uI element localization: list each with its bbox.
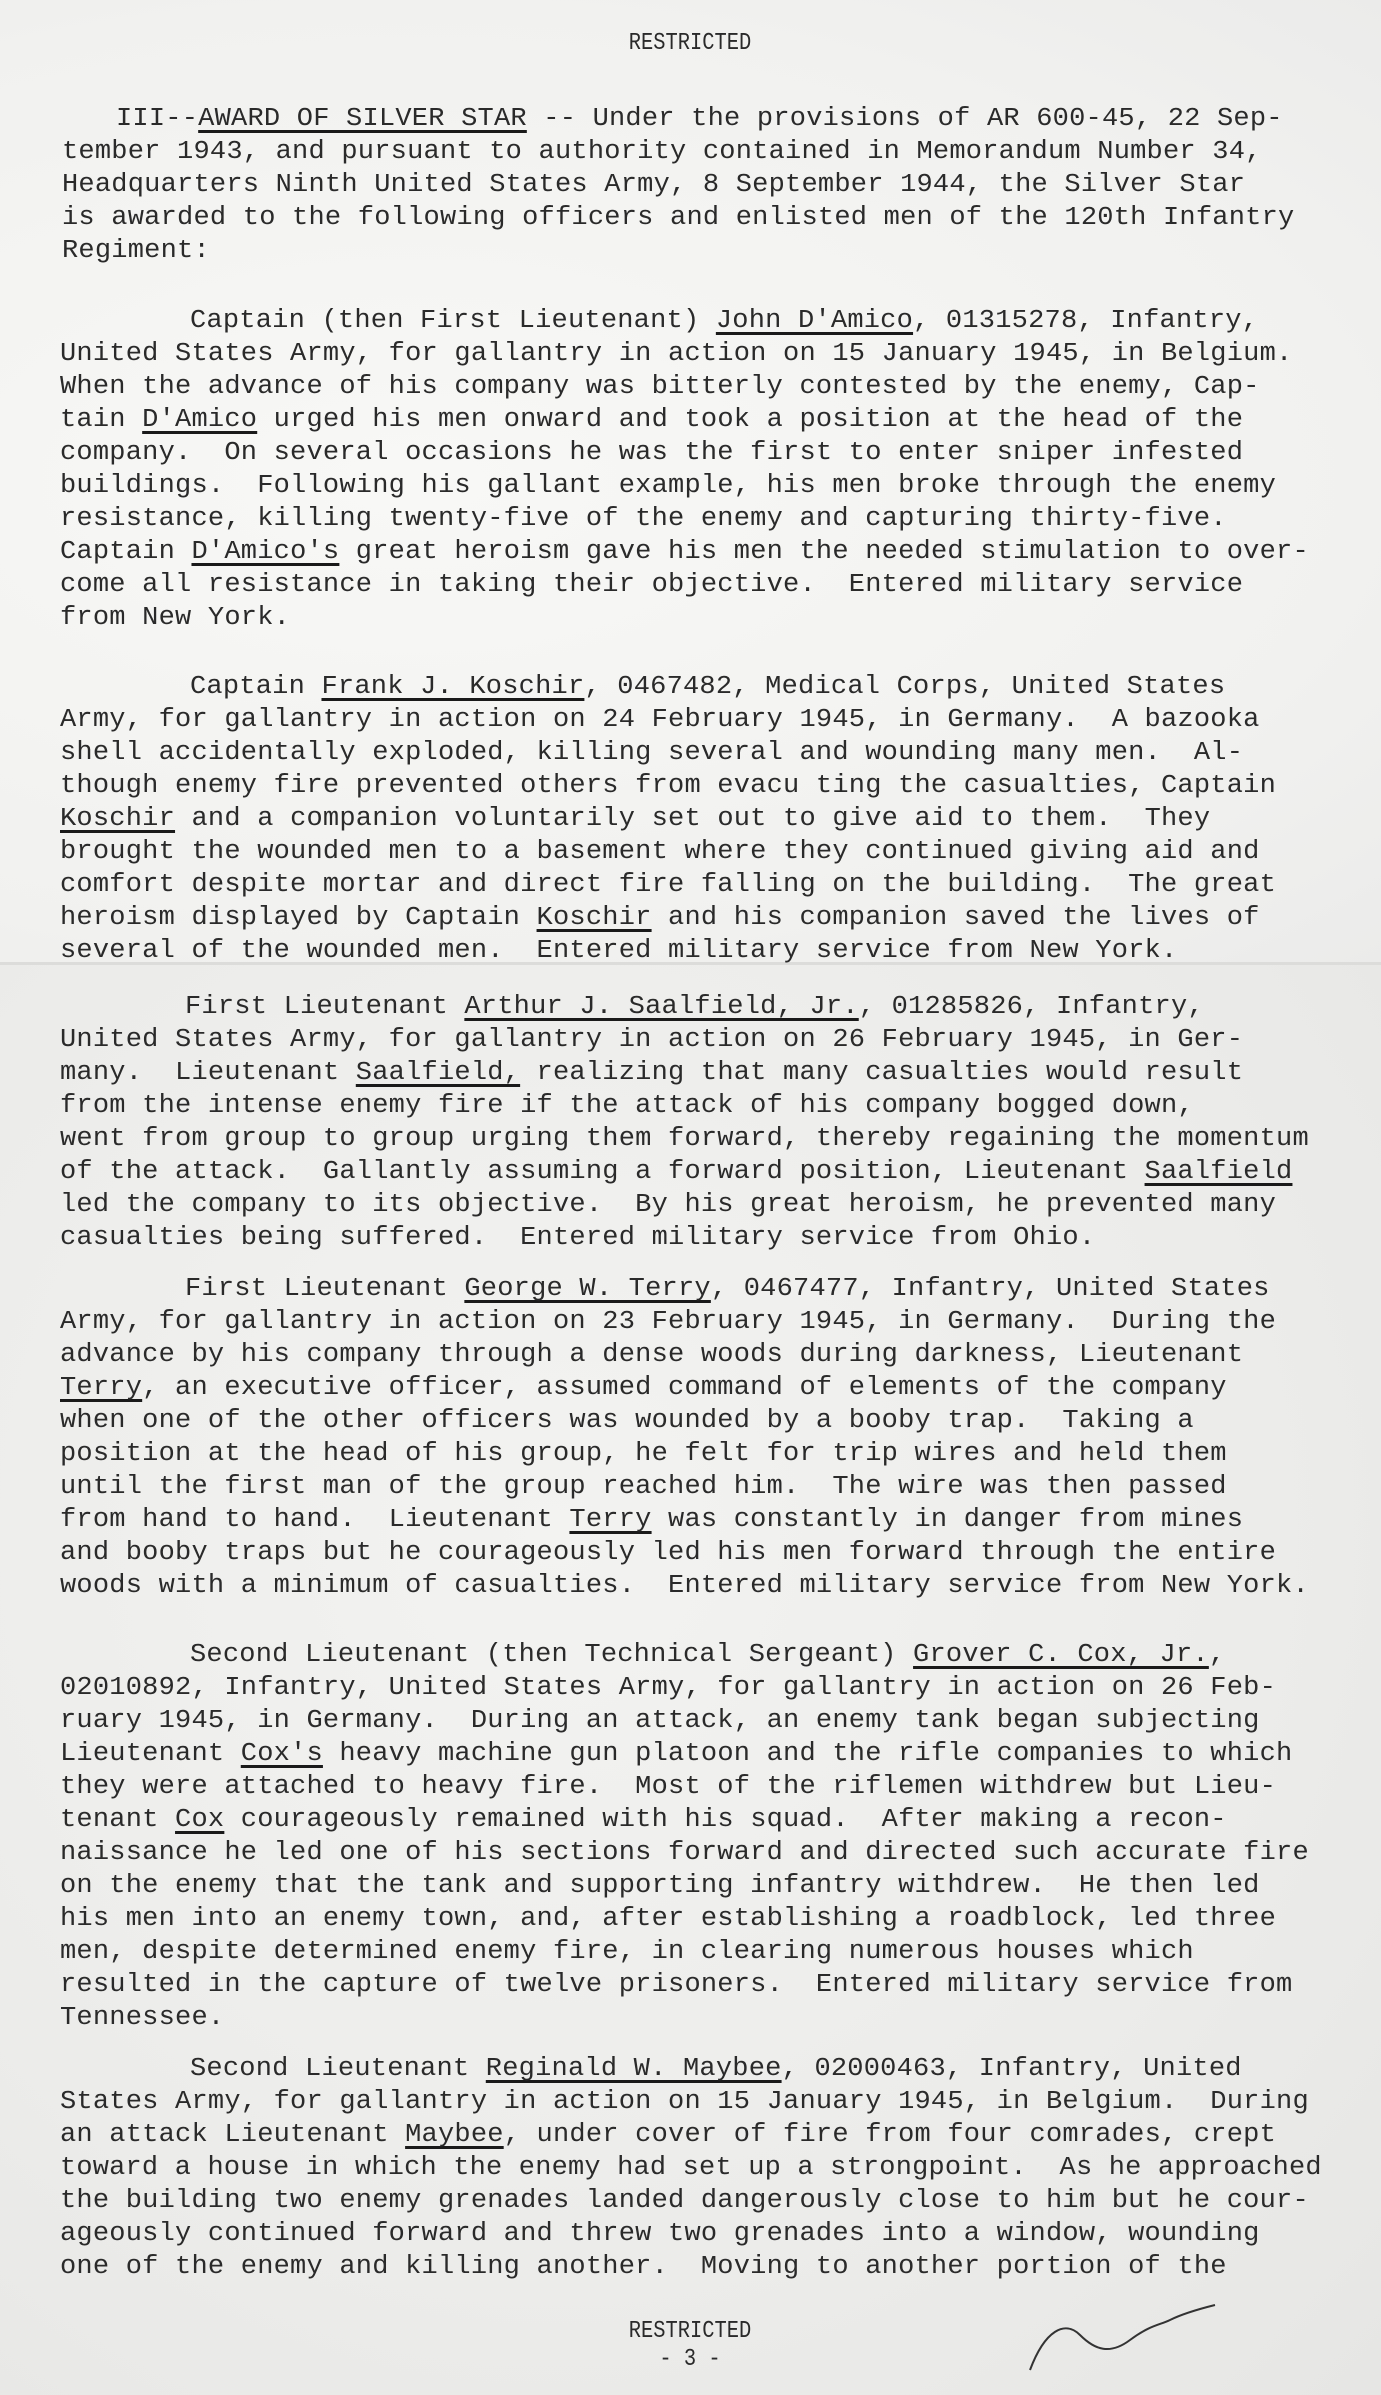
- text-run: tember 1943, and pursuant to authority c…: [62, 137, 1262, 166]
- text-run: Second Lieutenant: [190, 2054, 486, 2083]
- text-run: comfort despite mortar and direct fire f…: [60, 870, 1276, 899]
- citation-line: heroism displayed by Captain Koschir and…: [60, 903, 1260, 933]
- text-run: naissance he led one of his sections for…: [60, 1838, 1309, 1867]
- text-run: When the advance of his company was bitt…: [60, 372, 1260, 401]
- text-run: courageously remained with his squad. Af…: [224, 1805, 1226, 1834]
- text-run: from New York.: [60, 603, 290, 632]
- text-run: Tennessee.: [60, 2003, 224, 2032]
- recipient-name-underlined: Terry: [569, 1505, 651, 1534]
- text-run: ageously continued forward and threw two…: [60, 2219, 1260, 2248]
- citation-line: on the enemy that the tank and supportin…: [60, 1871, 1260, 1901]
- recipient-name-underlined: AWARD OF SILVER STAR: [198, 104, 527, 133]
- citation-line: resistance, killing twenty-five of the e…: [60, 504, 1227, 534]
- section-intro-line: III--AWARD OF SILVER STAR -- Under the p…: [116, 104, 1283, 134]
- text-run: from the intense enemy fire if the attac…: [60, 1091, 1194, 1120]
- text-run: , 0467477, Infantry, United States: [711, 1274, 1270, 1303]
- recipient-name-underlined: Maybee: [405, 2120, 504, 2149]
- text-run: brought the wounded men to a basement wh…: [60, 837, 1260, 866]
- text-run: shell accidentally exploded, killing sev…: [60, 738, 1243, 767]
- text-run: , 01285826, Infantry,: [859, 992, 1204, 1021]
- citation-line: tain D'Amico urged his men onward and to…: [60, 405, 1243, 435]
- citation-line: went from group to group urging them for…: [60, 1124, 1309, 1154]
- text-run: and his companion saved the lives of: [652, 903, 1260, 932]
- recipient-name-underlined: Saalfield,: [356, 1058, 520, 1087]
- recipient-name-underlined: Koschir: [60, 804, 175, 833]
- text-run: advance by his company through a dense w…: [60, 1340, 1243, 1369]
- citation-line: brought the wounded men to a basement wh…: [60, 837, 1260, 867]
- citation-line: from New York.: [60, 603, 290, 633]
- citation-line: First Lieutenant George W. Terry, 046747…: [185, 1274, 1270, 1304]
- text-run: urged his men onward and took a position…: [257, 405, 1243, 434]
- text-run: his men into an enemy town, and, after e…: [60, 1904, 1276, 1933]
- text-run: position at the head of his group, he fe…: [60, 1439, 1227, 1468]
- text-run: First Lieutenant: [185, 1274, 464, 1303]
- citation-line: Second Lieutenant Reginald W. Maybee, 02…: [190, 2054, 1242, 2084]
- text-run: many. Lieutenant: [60, 1058, 356, 1087]
- text-run: the building two enemy grenades landed d…: [60, 2186, 1309, 2215]
- text-run: from hand to hand. Lieutenant: [60, 1505, 569, 1534]
- citation-line: United States Army, for gallantry in act…: [60, 1025, 1243, 1055]
- text-run: First Lieutenant: [185, 992, 464, 1021]
- text-run: resistance, killing twenty-five of the e…: [60, 504, 1227, 533]
- text-run: , 01315278, Infantry,: [913, 306, 1258, 335]
- text-run: come all resistance in taking their obje…: [60, 570, 1243, 599]
- text-run: Army, for gallantry in action on 23 Febr…: [60, 1307, 1276, 1336]
- citation-line: 02010892, Infantry, United States Army, …: [60, 1673, 1276, 1703]
- citation-line: though enemy fire prevented others from …: [60, 771, 1276, 801]
- citation-line: advance by his company through a dense w…: [60, 1340, 1243, 1370]
- citation-line: many. Lieutenant Saalfield, realizing th…: [60, 1058, 1243, 1088]
- text-run: on the enemy that the tank and supportin…: [60, 1871, 1260, 1900]
- footer-marking: RESTRICTED: [580, 2318, 801, 2346]
- citation-line: casualties being suffered. Entered milit…: [60, 1223, 1095, 1253]
- citation-line: one of the enemy and killing another. Mo…: [60, 2252, 1227, 2282]
- text-run: tenant: [60, 1805, 175, 1834]
- text-run: Army, for gallantry in action on 24 Febr…: [60, 705, 1260, 734]
- citation-line: position at the head of his group, he fe…: [60, 1439, 1227, 1469]
- citation-line: States Army, for gallantry in action on …: [60, 2087, 1309, 2117]
- recipient-name-underlined: Grover C. Cox, Jr.: [913, 1640, 1209, 1669]
- text-run: until the first man of the group reached…: [60, 1472, 1227, 1501]
- recipient-name-underlined: Frank J. Koschir: [321, 672, 584, 701]
- citation-line: company. On several occasions he was the…: [60, 438, 1243, 468]
- text-run: United States Army, for gallantry in act…: [60, 339, 1292, 368]
- citation-line: Captain D'Amico's great heroism gave his…: [60, 537, 1309, 567]
- text-run: is awarded to the following officers and…: [62, 203, 1294, 232]
- citation-line: they were attached to heavy fire. Most o…: [60, 1772, 1276, 1802]
- text-run: , 02000463, Infantry, United: [782, 2054, 1242, 2083]
- citation-line: woods with a minimum of casualties. Ente…: [60, 1571, 1309, 1601]
- citation-line: several of the wounded men. Entered mili…: [60, 936, 1177, 966]
- text-run: Second Lieutenant (then Technical Sergea…: [190, 1640, 913, 1669]
- citation-line: an attack Lieutenant Maybee, under cover…: [60, 2120, 1276, 2150]
- citation-line: his men into an enemy town, and, after e…: [60, 1904, 1276, 1934]
- recipient-name-underlined: Koschir: [537, 903, 652, 932]
- text-run: Lieutenant: [60, 1739, 241, 1768]
- citation-line: Koschir and a companion voluntarily set …: [60, 804, 1210, 834]
- text-run: , 0467482, Medical Corps, United States: [584, 672, 1225, 701]
- text-run: led the company to its objective. By his…: [60, 1190, 1276, 1219]
- text-run: , an executive officer, assumed command …: [142, 1373, 1227, 1402]
- recipient-name-underlined: Saalfield: [1145, 1157, 1293, 1186]
- text-run: of the attack. Gallantly assuming a forw…: [60, 1157, 1145, 1186]
- text-run: 02010892, Infantry, United States Army, …: [60, 1673, 1276, 1702]
- text-run: Headquarters Ninth United States Army, 8…: [62, 170, 1245, 199]
- text-run: and a companion voluntarily set out to g…: [175, 804, 1210, 833]
- citation-line: the building two enemy grenades landed d…: [60, 2186, 1309, 2216]
- citation-line: comfort despite mortar and direct fire f…: [60, 870, 1276, 900]
- citation-line: Captain (then First Lieutenant) John D'A…: [190, 306, 1258, 336]
- citation-line: ageously continued forward and threw two…: [60, 2219, 1260, 2249]
- citation-line: of the attack. Gallantly assuming a forw…: [60, 1157, 1292, 1187]
- citation-line: ruary 1945, in Germany. During an attack…: [60, 1706, 1260, 1736]
- citation-line: naissance he led one of his sections for…: [60, 1838, 1309, 1868]
- citation-line: toward a house in which the enemy had se…: [60, 2153, 1322, 2183]
- citation-line: Army, for gallantry in action on 23 Febr…: [60, 1307, 1276, 1337]
- recipient-name-underlined: Cox's: [241, 1739, 323, 1768]
- citation-line: shell accidentally exploded, killing sev…: [60, 738, 1243, 768]
- text-run: several of the wounded men. Entered mili…: [60, 936, 1177, 965]
- text-run: they were attached to heavy fire. Most o…: [60, 1772, 1276, 1801]
- text-run: resulted in the capture of twelve prison…: [60, 1970, 1292, 1999]
- section-intro-line: is awarded to the following officers and…: [62, 203, 1294, 233]
- citation-line: Lieutenant Cox's heavy machine gun plato…: [60, 1739, 1292, 1769]
- recipient-name-underlined: Arthur J. Saalfield, Jr.: [464, 992, 858, 1021]
- recipient-name-underlined: Cox: [175, 1805, 224, 1834]
- citation-line: United States Army, for gallantry in act…: [60, 339, 1292, 369]
- text-run: III--: [116, 104, 198, 133]
- text-run: men, despite determined enemy fire, in c…: [60, 1937, 1194, 1966]
- text-run: , under cover of fire from four comrades…: [504, 2120, 1276, 2149]
- text-run: States Army, for gallantry in action on …: [60, 2087, 1309, 2116]
- citation-line: When the advance of his company was bitt…: [60, 372, 1260, 402]
- text-run: toward a house in which the enemy had se…: [60, 2153, 1322, 2182]
- text-run: United States Army, for gallantry in act…: [60, 1025, 1243, 1054]
- text-run: Captain: [190, 672, 321, 701]
- text-run: and booby traps but he courageously led …: [60, 1538, 1276, 1567]
- text-run: ruary 1945, in Germany. During an attack…: [60, 1706, 1260, 1735]
- citation-line: from hand to hand. Lieutenant Terry was …: [60, 1505, 1243, 1535]
- citation-line: Army, for gallantry in action on 24 Febr…: [60, 705, 1260, 735]
- text-run: went from group to group urging them for…: [60, 1124, 1309, 1153]
- citation-line: come all resistance in taking their obje…: [60, 570, 1243, 600]
- text-run: -- Under the provisions of AR 600-45, 22…: [527, 104, 1283, 133]
- text-run: though enemy fire prevented others from …: [60, 771, 1276, 800]
- citation-line: buildings. Following his gallant example…: [60, 471, 1276, 501]
- section-intro-line: tember 1943, and pursuant to authority c…: [62, 137, 1262, 167]
- text-run: realizing that many casualties would res…: [520, 1058, 1243, 1087]
- page-number: - 3 -: [614, 2346, 767, 2374]
- text-run: when one of the other officers was wound…: [60, 1406, 1194, 1435]
- citation-line: until the first man of the group reached…: [60, 1472, 1227, 1502]
- citation-line: when one of the other officers was wound…: [60, 1406, 1194, 1436]
- text-run: Regiment:: [62, 236, 210, 265]
- recipient-name-underlined: Reginald W. Maybee: [486, 2054, 782, 2083]
- text-run: casualties being suffered. Entered milit…: [60, 1223, 1095, 1252]
- citation-line: led the company to its objective. By his…: [60, 1190, 1276, 1220]
- text-run: heroism displayed by Captain: [60, 903, 537, 932]
- recipient-name-underlined: D'Amico's: [191, 537, 339, 566]
- text-run: Captain (then First Lieutenant): [190, 306, 716, 335]
- citation-line: resulted in the capture of twelve prison…: [60, 1970, 1292, 2000]
- citation-line: and booby traps but he courageously led …: [60, 1538, 1276, 1568]
- text-run: great heroism gave his men the needed st…: [339, 537, 1309, 566]
- text-run: heavy machine gun platoon and the rifle …: [323, 1739, 1293, 1768]
- text-run: tain: [60, 405, 142, 434]
- text-run: woods with a minimum of casualties. Ente…: [60, 1571, 1309, 1600]
- recipient-name-underlined: Terry: [60, 1373, 142, 1402]
- citation-line: Terry, an executive officer, assumed com…: [60, 1373, 1227, 1403]
- text-run: an attack Lieutenant: [60, 2120, 405, 2149]
- text-run: was constantly in danger from mines: [652, 1505, 1244, 1534]
- recipient-name-underlined: John D'Amico: [716, 306, 913, 335]
- recipient-name-underlined: D'Amico: [142, 405, 257, 434]
- section-intro-line: Headquarters Ninth United States Army, 8…: [62, 170, 1245, 200]
- recipient-name-underlined: George W. Terry: [464, 1274, 710, 1303]
- citation-line: men, despite determined enemy fire, in c…: [60, 1937, 1194, 1967]
- citation-line: Second Lieutenant (then Technical Sergea…: [190, 1640, 1225, 1670]
- citation-line: tenant Cox courageously remained with hi…: [60, 1805, 1227, 1835]
- text-run: buildings. Following his gallant example…: [60, 471, 1276, 500]
- citation-line: First Lieutenant Arthur J. Saalfield, Jr…: [185, 992, 1204, 1022]
- citation-line: Captain Frank J. Koschir, 0467482, Medic…: [190, 672, 1225, 702]
- citation-line: Tennessee.: [60, 2003, 224, 2033]
- citation-line: from the intense enemy fire if the attac…: [60, 1091, 1194, 1121]
- text-run: ,: [1209, 1640, 1225, 1669]
- header-marking: RESTRICTED: [580, 30, 801, 58]
- text-run: company. On several occasions he was the…: [60, 438, 1243, 467]
- text-run: one of the enemy and killing another. Mo…: [60, 2252, 1227, 2281]
- text-run: Captain: [60, 537, 191, 566]
- section-intro-line: Regiment:: [62, 236, 210, 266]
- handwritten-signature-mark: [1020, 2300, 1240, 2380]
